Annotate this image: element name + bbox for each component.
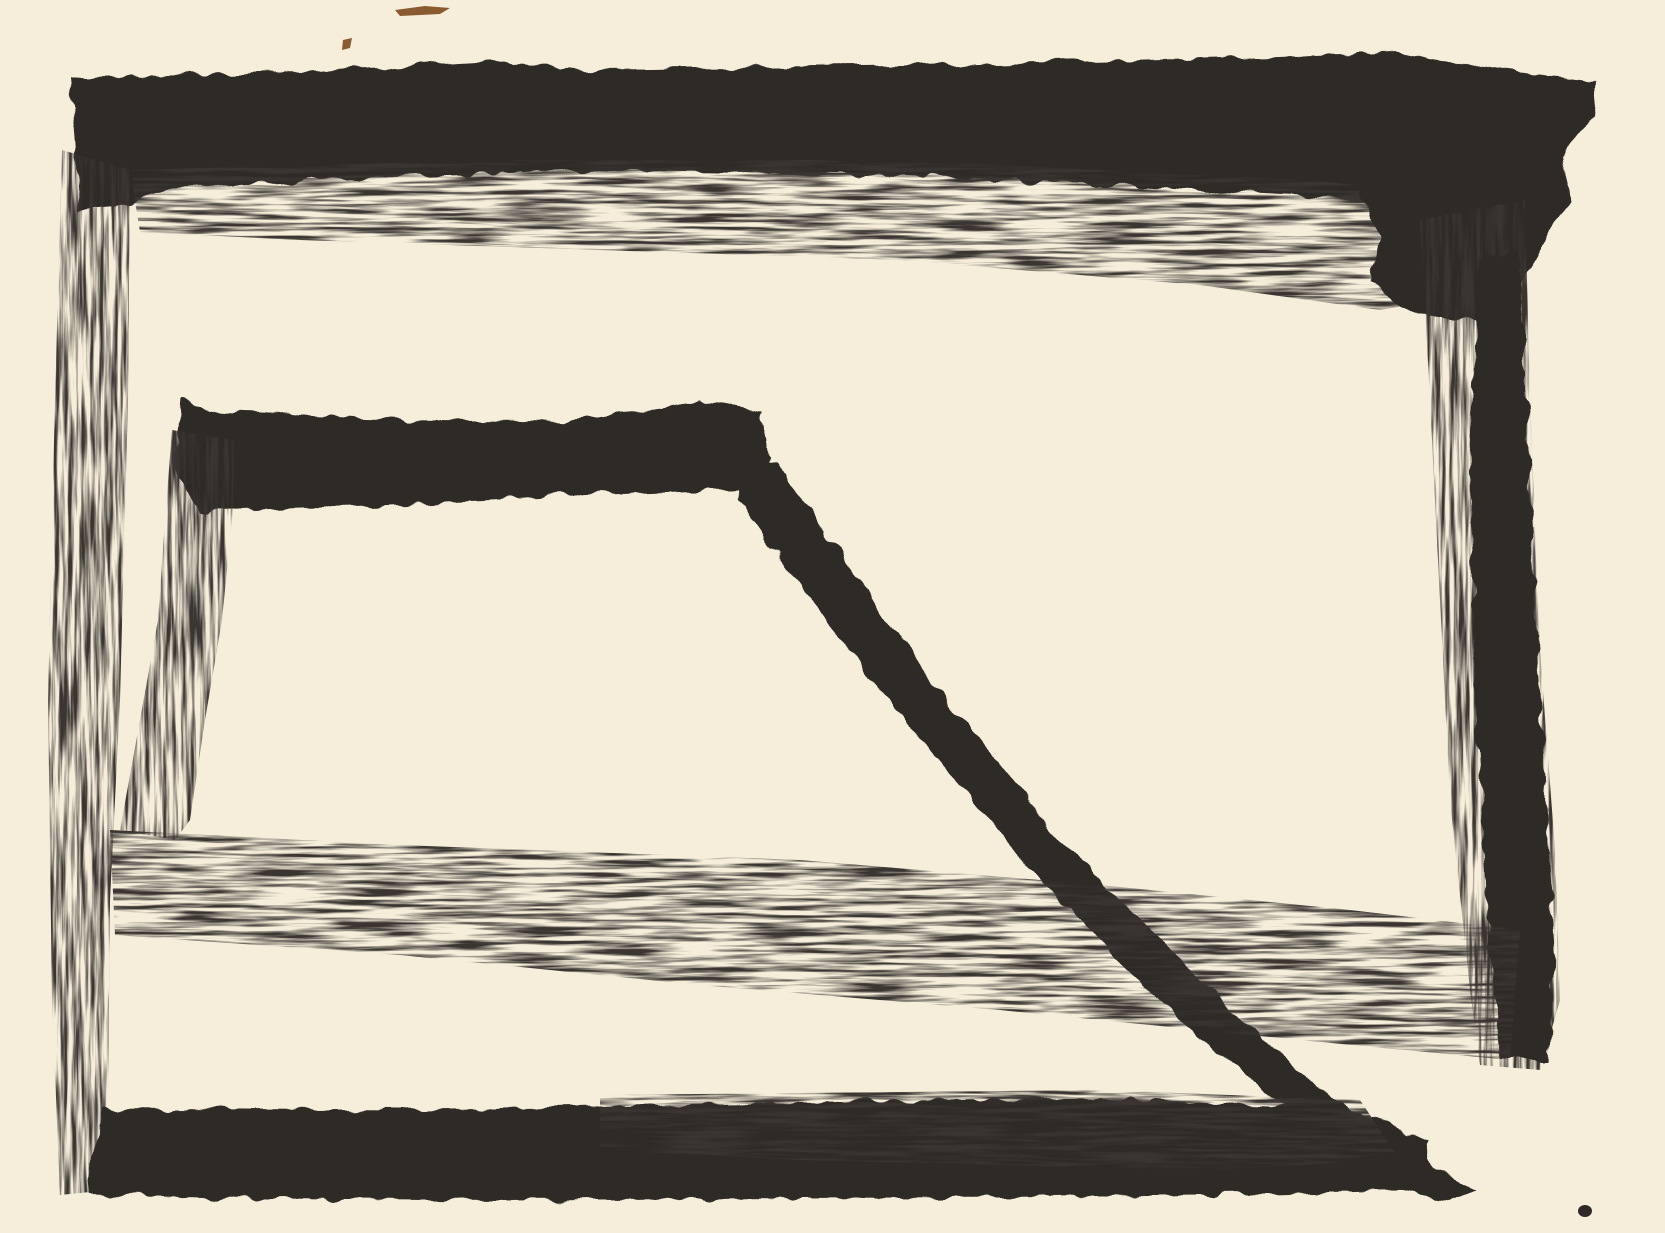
ink-dot-bottom-right <box>1578 1205 1592 1217</box>
ink-canvas <box>0 0 1665 1233</box>
ink-painting <box>0 0 1665 1233</box>
